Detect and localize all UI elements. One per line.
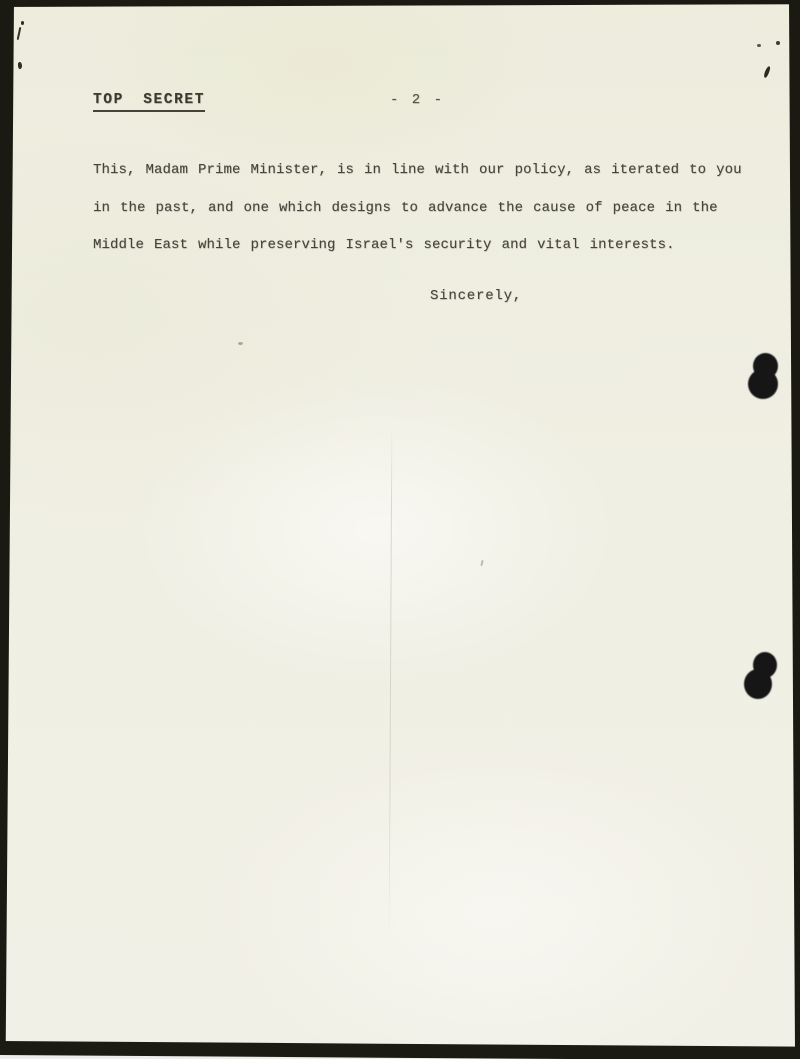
ink-blot [748,353,780,401]
stray-mark [757,44,761,47]
body-line: in the past, and one which designs to ad… [93,190,753,228]
ink-blot [744,652,776,702]
body-line: Middle East while preserving Israel's se… [93,227,753,265]
classification-label: TOP SECRET [93,92,205,112]
body-paragraph: This, Madam Prime Minister, is in line w… [93,152,753,265]
body-line: This, Madam Prime Minister, is in line w… [93,152,753,190]
closing-label: Sincerely, [430,288,522,304]
stray-mark [21,21,24,25]
stray-mark [776,41,780,45]
stray-mark [238,342,243,345]
document-scan: TOP SECRET - 2 - This, Madam Prime Minis… [0,0,800,1059]
page-number: - 2 - [390,92,445,108]
